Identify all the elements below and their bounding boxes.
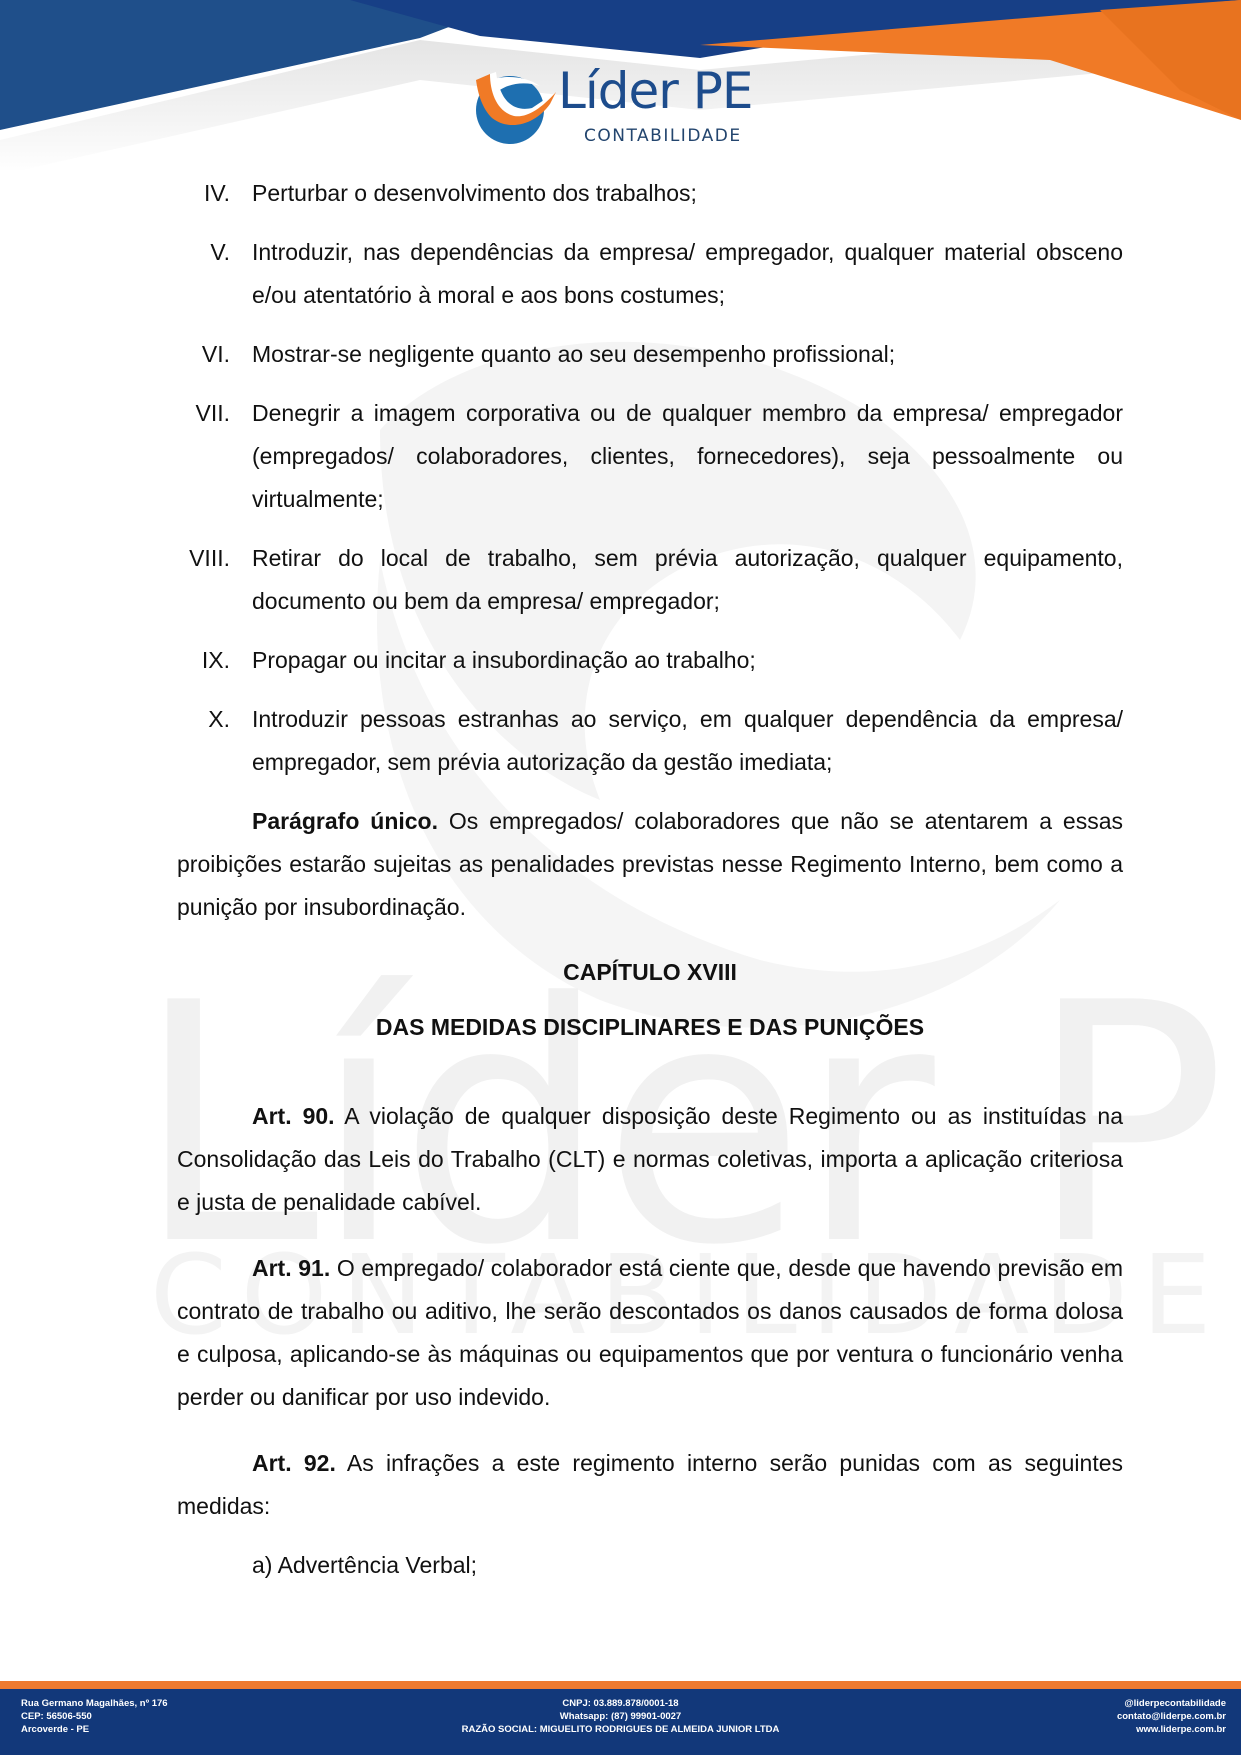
article-label: Art. 90. bbox=[252, 1103, 335, 1129]
footer-whatsapp: Whatsapp: (87) 99901-0027 bbox=[0, 1710, 1241, 1723]
item-number: V. bbox=[170, 231, 230, 274]
document-body: IV. Perturbar o desenvolvimento dos trab… bbox=[177, 172, 1123, 1587]
logo-swoosh-icon bbox=[470, 66, 560, 146]
company-logo: Líder PE CONTABILIDADE bbox=[470, 66, 790, 156]
footer-accent-bar bbox=[0, 1681, 1241, 1689]
item-text: Mostrar-se negligente quanto ao seu dese… bbox=[252, 341, 895, 367]
list-item: VII. Denegrir a imagem corporativa ou de… bbox=[177, 392, 1123, 521]
item-text: Introduzir, nas dependências da empresa/… bbox=[252, 239, 1123, 308]
article-label: Art. 91. bbox=[252, 1255, 330, 1281]
item-text: Introduzir pessoas estranhas ao serviço,… bbox=[252, 706, 1123, 775]
footer-company-info: CNPJ: 03.889.878/0001-18 Whatsapp: (87) … bbox=[0, 1697, 1241, 1736]
paragraph-label: Parágrafo único. bbox=[252, 808, 438, 834]
footer-contacts: @liderpecontabilidade contato@liderpe.co… bbox=[1117, 1697, 1226, 1736]
page-header: Líder PE CONTABILIDADE bbox=[0, 0, 1241, 170]
footer-cnpj: CNPJ: 03.889.878/0001-18 bbox=[0, 1697, 1241, 1710]
item-number: VII. bbox=[170, 392, 230, 435]
article-91: Art. 91. O empregado/ colaborador está c… bbox=[177, 1247, 1123, 1419]
footer-email[interactable]: contato@liderpe.com.br bbox=[1117, 1710, 1226, 1723]
chapter-title: DAS MEDIDAS DISCIPLINARES E DAS PUNIÇÕES bbox=[177, 1006, 1123, 1049]
item-number: VI. bbox=[170, 333, 230, 376]
article-label: Art. 92. bbox=[252, 1450, 336, 1476]
item-number: X. bbox=[170, 698, 230, 741]
logo-name: Líder PE bbox=[558, 62, 752, 120]
item-text: Retirar do local de trabalho, sem prévia… bbox=[252, 545, 1123, 614]
page-footer: Rua Germano Magalhães, nº 176 CEP: 56506… bbox=[0, 1689, 1241, 1755]
item-text: Denegrir a imagem corporativa ou de qual… bbox=[252, 400, 1123, 512]
article-92: Art. 92. As infrações a este regimento i… bbox=[177, 1442, 1123, 1528]
item-text: Perturbar o desenvolvimento dos trabalho… bbox=[252, 180, 697, 206]
footer-razao-social: RAZÃO SOCIAL: MIGUELITO RODRIGUES DE ALM… bbox=[0, 1723, 1241, 1736]
item-number: VIII. bbox=[170, 537, 230, 580]
item-text: Propagar ou incitar a insubordinação ao … bbox=[252, 647, 756, 673]
footer-instagram[interactable]: @liderpecontabilidade bbox=[1117, 1697, 1226, 1710]
chapter-number: CAPÍTULO XVIII bbox=[177, 951, 1123, 994]
penalty-item: a) Advertência Verbal; bbox=[177, 1544, 1123, 1587]
item-number: IX. bbox=[170, 639, 230, 682]
list-item: VI. Mostrar-se negligente quanto ao seu … bbox=[177, 333, 1123, 376]
list-item: IV. Perturbar o desenvolvimento dos trab… bbox=[177, 172, 1123, 215]
footer-website[interactable]: www.liderpe.com.br bbox=[1117, 1723, 1226, 1736]
article-90: Art. 90. A violação de qualquer disposiç… bbox=[177, 1095, 1123, 1224]
list-item: IX. Propagar ou incitar a insubordinação… bbox=[177, 639, 1123, 682]
paragrafo-unico: Parágrafo único. Os empregados/ colabora… bbox=[177, 800, 1123, 929]
list-item: X. Introduzir pessoas estranhas ao servi… bbox=[177, 698, 1123, 784]
list-item: V. Introduzir, nas dependências da empre… bbox=[177, 231, 1123, 317]
item-number: IV. bbox=[170, 172, 230, 215]
logo-subtitle: CONTABILIDADE bbox=[584, 126, 742, 146]
list-item: VIII. Retirar do local de trabalho, sem … bbox=[177, 537, 1123, 623]
